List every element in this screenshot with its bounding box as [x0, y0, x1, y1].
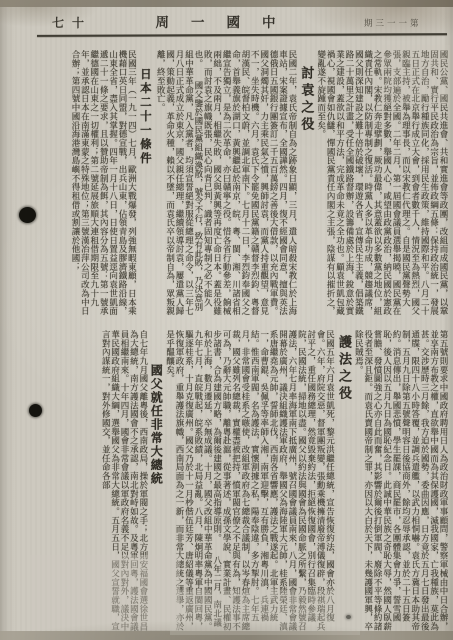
heading-datotong: 國父就任非常大總統 [151, 330, 160, 633]
article-hufa: 民國五年六月袁世凱死，黎元洪繼任總統，宣告恢復約法，國會亦於八月復會。六年，府院… [164, 330, 333, 633]
magazine-title: 中國一周 [156, 11, 298, 31]
bottom-text-block: 第五號則要求中國政府聘用日人為政治財政軍事顧問，警察軍械由中日合辦，並享南方布教… [38, 330, 448, 633]
heading-taoyuan: 討袁之役 [301, 50, 310, 318]
issue-number: 第一一三期 [364, 17, 422, 29]
top-text-block: 國民公黨、國民共進會、共和實進會等政團，改組而成國民黨，以鞏固共和、實行平民政治… [38, 50, 448, 318]
scanned-magazine-page: 十七 中國一周 第一一三期 國民公黨、國民共進會、共和實進會等政團，改組而成國民… [0, 0, 453, 640]
ink-blot [29, 404, 42, 417]
heading-hufa: 護法之役 [339, 330, 348, 633]
page-number: 十七 [52, 14, 92, 31]
article-japan21-start: 民國三年（一九一四）七月，歐洲大戰爆發，列強無暇東顧，日本乘機藉口英日同盟，對德… [70, 50, 136, 318]
article-japan21-continued: 第五號則要求中國政府聘用日人為政治財政軍事顧問，警察軍械由中日合辦，並享南方布教… [353, 330, 447, 633]
article-datotong-start: 自七年九月國父離粵後，西南政局，操於軍閥之手；北方則安福國會選徐世昌為大總統，南… [100, 330, 147, 633]
scan-edge-top [0, 0, 453, 7]
article-taoyuan: 民國二年，袁氏帝制自為之跡象日顯，三月，遣人暗殺宋教仁於上海車站，宋案證據宣布，… [155, 50, 296, 318]
ink-speck [346, 615, 351, 619]
ink-blot [19, 207, 36, 223]
heading-japan21: 日本二十一條件 [140, 50, 149, 318]
article-kmt-founding-tail: 國民公黨、國民共進會、共和實進會等政團，改組而成國民黨，以鞏固共和、實行平民政治… [315, 50, 447, 318]
